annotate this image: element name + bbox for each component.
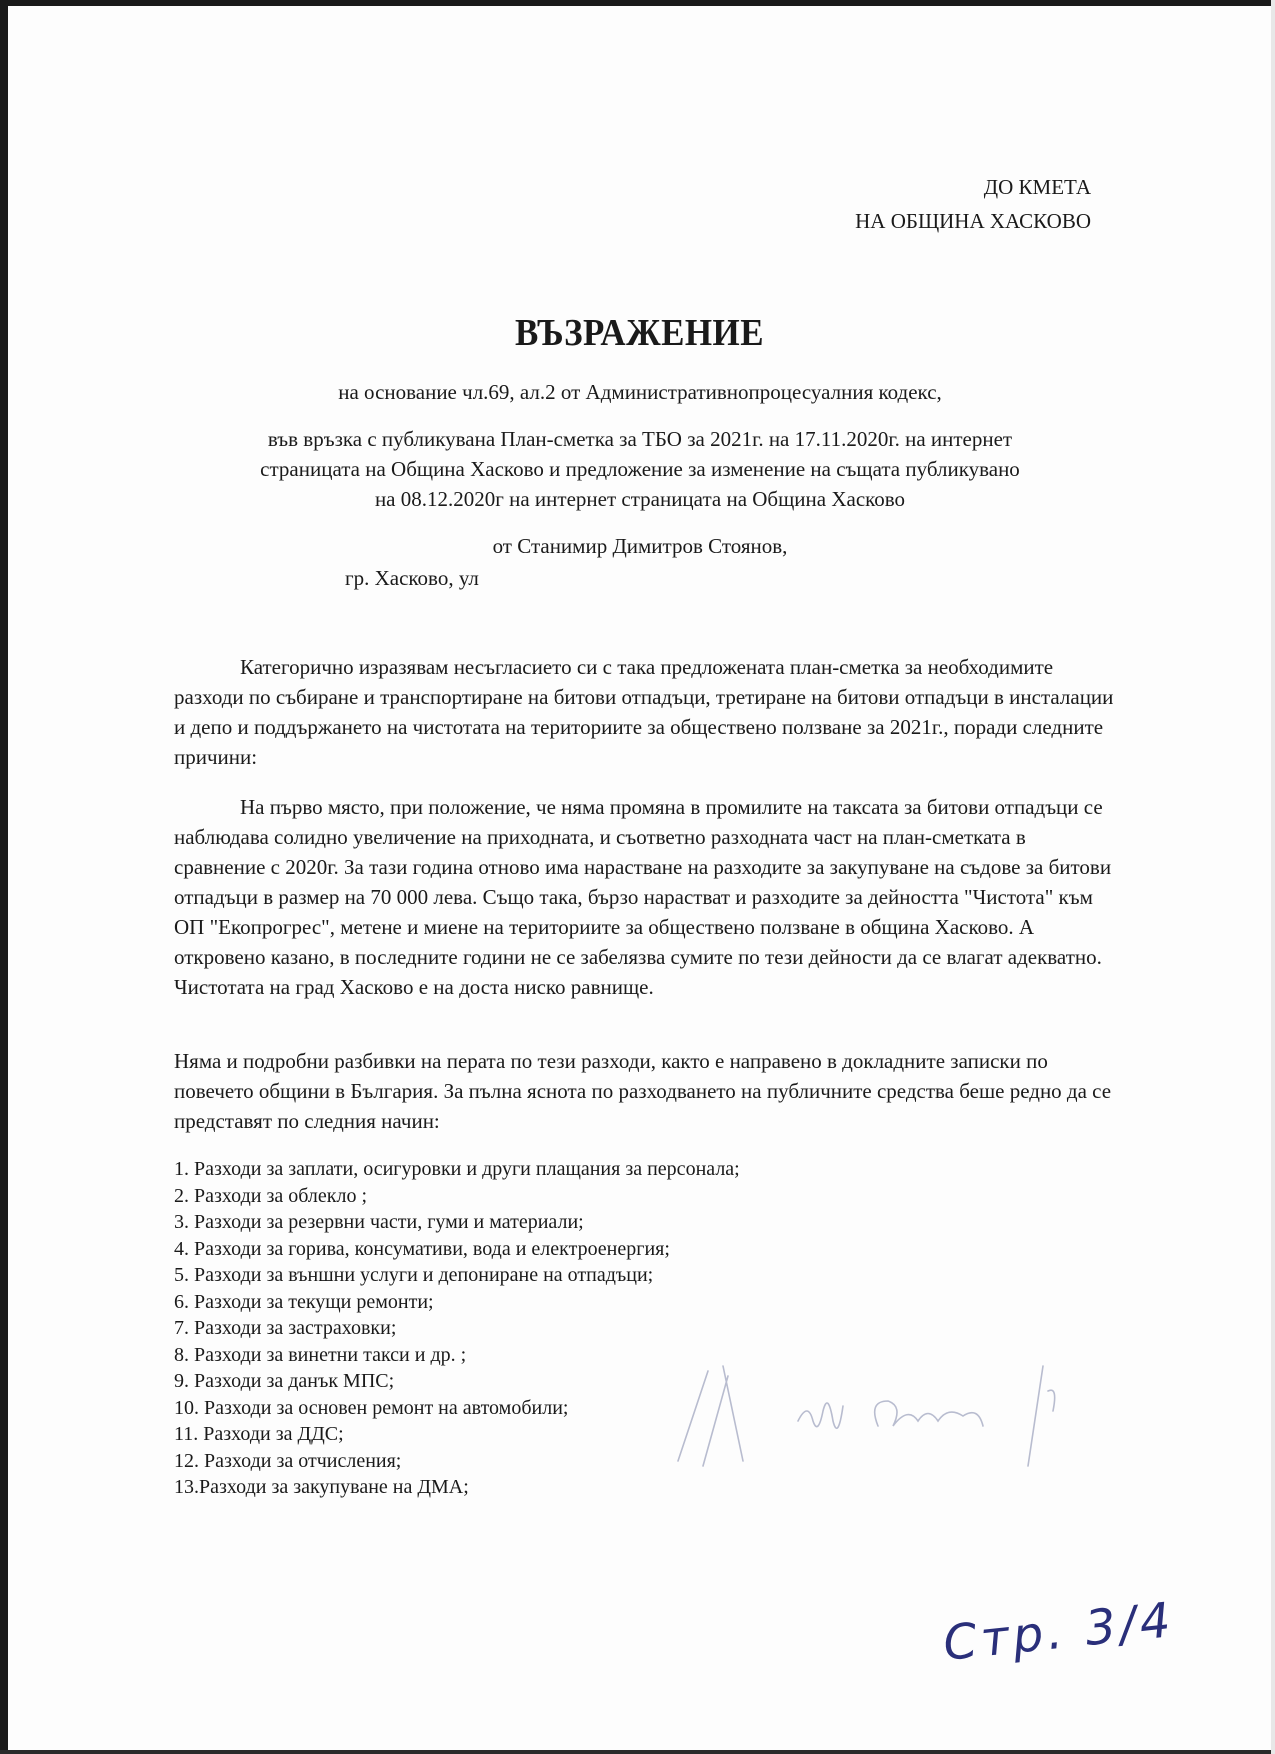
context-line-1: във връзка с публикувана План-сметка за … — [168, 424, 1112, 454]
paragraph-breakdown: Няма и подробни разбивки на перата по те… — [174, 1046, 1114, 1136]
scanned-page: ДО КМЕТА НА ОБЩИНА ХАСКОВО ВЪЗРАЖЕНИЕ на… — [8, 6, 1271, 1750]
expense-item: 6. Разходи за текущи ремонти; — [174, 1289, 740, 1316]
signature-scribble-icon — [648, 1361, 1108, 1471]
addressee-line-1: ДО КМЕТА — [855, 170, 1091, 204]
expense-item: 3. Разходи за резервни части, гуми и мат… — [174, 1209, 740, 1236]
expense-item: 13.Разходи за закупуване на ДМА; — [174, 1474, 740, 1501]
expense-item: 4. Разходи за горива, консумативи, вода … — [174, 1236, 740, 1263]
context-line-3: на 08.12.2020г на интернет страницата на… — [168, 484, 1112, 514]
context-block: във връзка с публикувана План-сметка за … — [168, 424, 1112, 514]
expense-item: 2. Разходи за облекло ; — [174, 1183, 740, 1210]
expense-item: 1. Разходи за заплати, осигуровки и друг… — [174, 1156, 740, 1183]
context-line-2: страницата на Община Хасково и предложен… — [168, 454, 1112, 484]
addressee-block: ДО КМЕТА НА ОБЩИНА ХАСКОВО — [855, 170, 1091, 238]
paragraph-first-reason: На първо място, при положение, че няма п… — [174, 792, 1114, 1002]
paragraph-objection: Категорично изразявам несъгласието си с … — [174, 652, 1114, 772]
scan-border-bottom — [0, 1750, 1275, 1754]
expense-item: 7. Разходи за застраховки; — [174, 1315, 740, 1342]
legal-basis: на основание чл.69, ал.2 от Администрати… — [168, 378, 1112, 406]
scan-border-left — [0, 0, 8, 1754]
document-title: ВЪЗРАЖЕНИЕ — [59, 311, 1221, 355]
address-line: гр. Хасково, ул — [345, 563, 1275, 593]
author-line: от Станимир Димитров Стоянов, — [168, 532, 1112, 560]
expense-item: 5. Разходи за външни услуги и депониране… — [174, 1262, 740, 1289]
addressee-line-2: НА ОБЩИНА ХАСКОВО — [855, 204, 1091, 238]
handwritten-page-number: Стр. 3/4 — [941, 1592, 1177, 1672]
scan-border-right — [1271, 0, 1275, 1754]
